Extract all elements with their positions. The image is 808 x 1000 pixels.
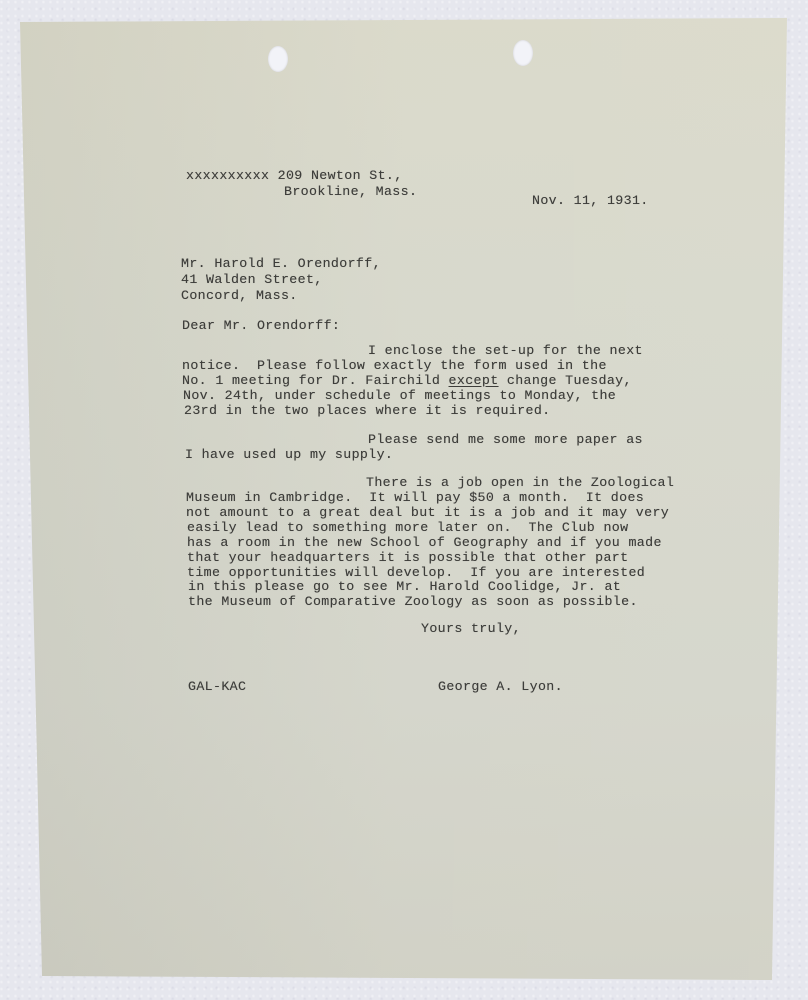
paragraph-line: easily lead to something more later on. … — [187, 520, 628, 536]
underlined-word: except — [449, 373, 499, 388]
text-segment: change Tuesday, — [499, 373, 632, 388]
paragraph-line: notice. Please follow exactly the form u… — [182, 358, 607, 374]
paragraph-line: Nov. 24th, under schedule of meetings to… — [183, 388, 616, 404]
salutation: Dear Mr. Orendorff: — [182, 318, 340, 334]
signature-name: George A. Lyon. — [438, 679, 563, 695]
letter-date: Nov. 11, 1931. — [532, 193, 649, 209]
text-segment: No. 1 meeting for Dr. Fairchild — [182, 373, 449, 388]
paragraph-line: No. 1 meeting for Dr. Fairchild except c… — [182, 373, 632, 389]
recipient-street: 41 Walden Street, — [181, 272, 323, 288]
paragraph-line: Please send me some more paper as — [368, 432, 643, 448]
paragraph-line: that your headquarters it is possible th… — [187, 550, 628, 566]
reference-initials: GAL-KAC — [188, 679, 246, 695]
recipient-city: Concord, Mass. — [181, 288, 298, 304]
paragraph-line: I enclose the set-up for the next — [368, 343, 643, 359]
punch-hole-right — [513, 40, 533, 66]
paragraph-line: Museum in Cambridge. It will pay $50 a m… — [186, 490, 644, 506]
paragraph-line: the Museum of Comparative Zoology as soo… — [188, 594, 638, 610]
punch-hole-left — [268, 46, 288, 72]
paragraph-line: There is a job open in the Zoological — [366, 475, 674, 491]
paragraph-line: 23rd in the two places where it is requi… — [184, 403, 551, 419]
recipient-name: Mr. Harold E. Orendorff, — [181, 256, 381, 272]
paragraph-line: I have used up my supply. — [185, 447, 393, 463]
sender-address-line2: Brookline, Mass. — [284, 184, 417, 200]
sender-address-line1: xxxxxxxxxx 209 Newton St., — [186, 168, 403, 184]
closing: Yours truly, — [421, 621, 521, 637]
paragraph-line: in this please go to see Mr. Harold Cool… — [188, 579, 621, 595]
paragraph-line: not amount to a great deal but it is a j… — [186, 505, 669, 521]
paragraph-line: has a room in the new School of Geograph… — [187, 535, 662, 551]
